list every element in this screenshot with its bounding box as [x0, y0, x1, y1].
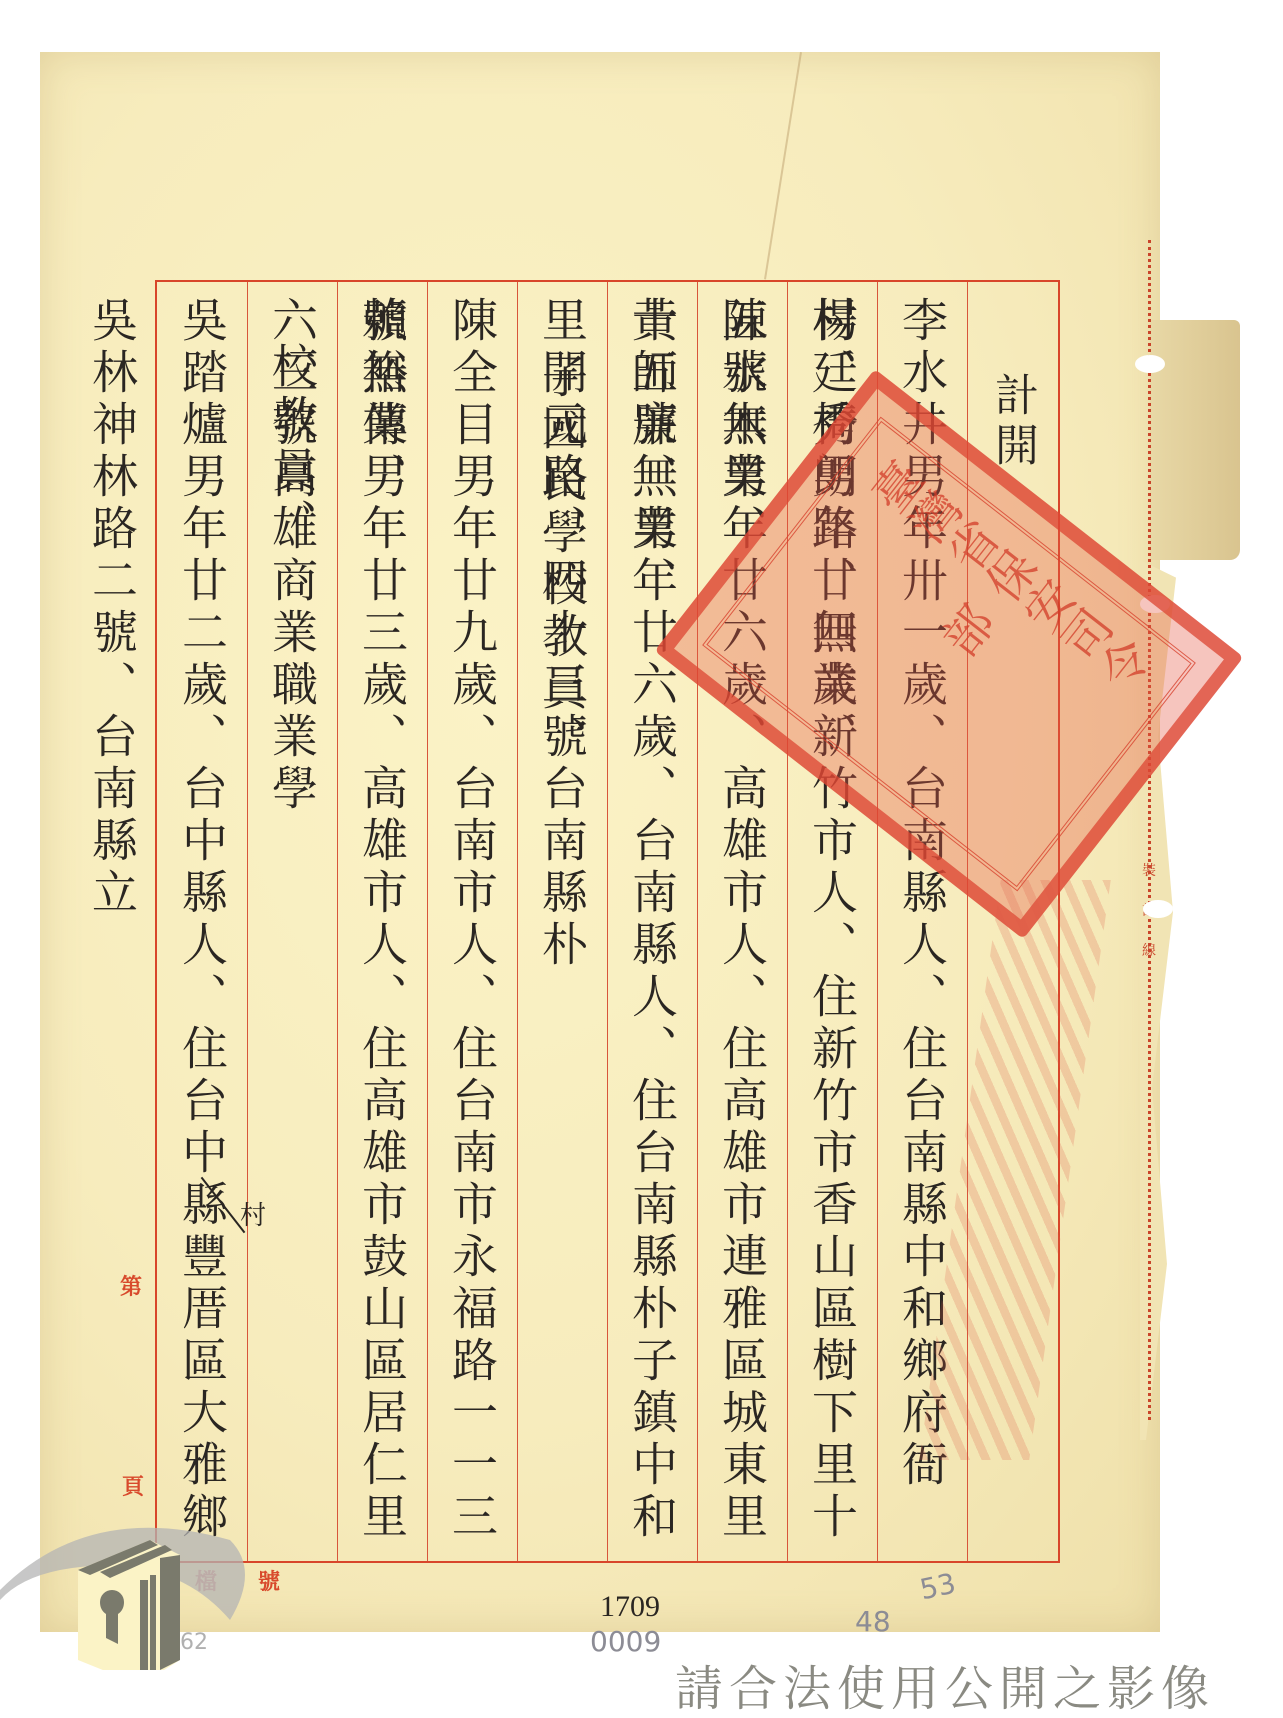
- entry-text: 陳全目男年廿九歲、台南市人、住台南市永福路一一三號無業、: [428, 296, 517, 1561]
- binding-line: [1148, 240, 1151, 1420]
- torn-paper-flap: [1150, 320, 1240, 560]
- column-entry-5: 陳全目男年廿九歲、台南市人、住台南市永福路一一三號無業、: [427, 282, 517, 1561]
- column-entry-7: 吳踏爐男年廿二歲、台中縣人、住台中縣豐厝區大雅鄉吳林神林路二號、台南縣立: [157, 282, 247, 1561]
- punch-hole-top: [1135, 355, 1165, 373]
- entry-text: 吳踏爐男年廿二歲、台中縣人、住台中縣豐厝區大雅鄉吳林神林路二號、台南縣立: [157, 296, 247, 1561]
- number-label: 號: [258, 1565, 280, 1596]
- binding-label-zhuang: 裝: [1138, 860, 1160, 880]
- correction-insert: 村: [240, 1195, 266, 1232]
- page-label-ye: 頁: [122, 1470, 144, 1501]
- binding-label-xian: 線: [1138, 940, 1160, 960]
- serial-number: 1709: [600, 1590, 660, 1624]
- page-label-di: 第: [120, 1270, 142, 1301]
- pencil-number-48: 48: [855, 1605, 891, 1638]
- usage-watermark: 請合法使用公開之影像: [675, 1650, 1215, 1718]
- archive-logo-icon: [0, 1510, 260, 1670]
- pencil-page-number: 0009: [590, 1625, 661, 1658]
- punch-hole-lower: [1143, 900, 1173, 918]
